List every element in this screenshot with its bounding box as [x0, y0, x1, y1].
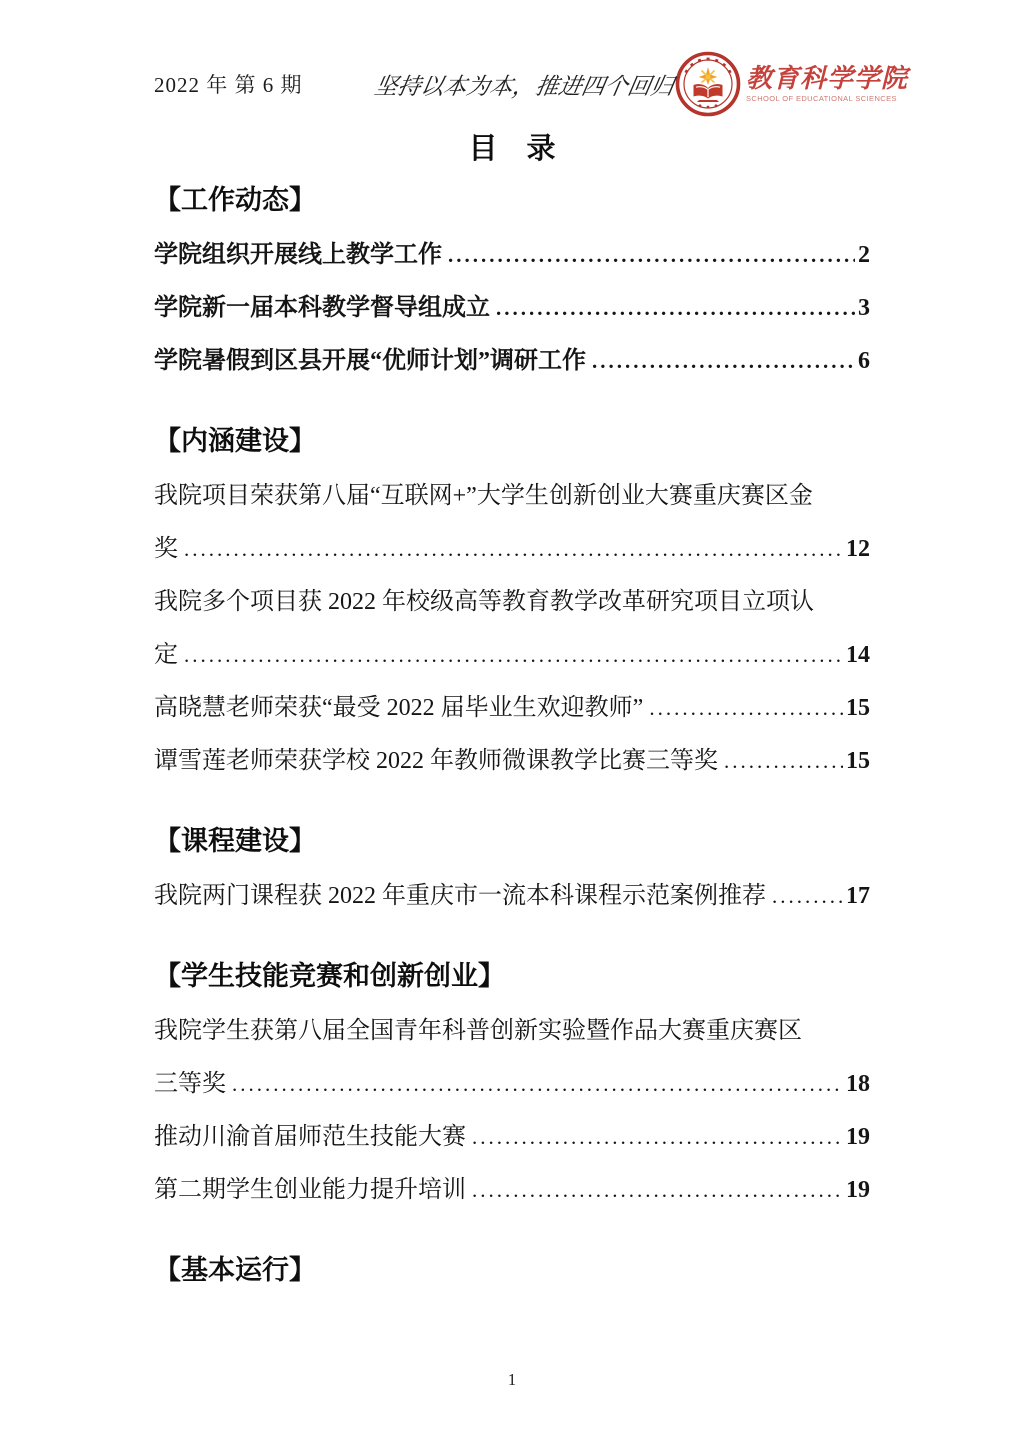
toc-entry-title: 我院项目荣获第八届“互联网+”大学生创新创业大赛重庆赛区金: [154, 470, 813, 523]
toc-entry-line: 定14: [154, 629, 870, 682]
toc-entry-title: 学院暑假到区县开展“优师计划”调研工作: [154, 335, 586, 388]
toc-entry-page: 19: [846, 1111, 870, 1164]
toc-section: 【基本运行】: [154, 1244, 870, 1297]
toc-entry-page: 15: [846, 682, 870, 735]
toc-entry: 我院学生获第八届全国青年科普创新实验暨作品大赛重庆赛区三等奖18: [154, 1005, 870, 1111]
toc-entry-line: 谭雪莲老师荣获学校 2022 年教师微课教学比赛三等奖15: [154, 735, 870, 788]
toc-entry-line: 学院暑假到区县开展“优师计划”调研工作6: [154, 335, 870, 388]
logo-text: 教育科学学院 SCHOOL OF EDUCATIONAL SCIENCES: [746, 66, 908, 103]
toc-entry-page: 3: [858, 282, 870, 335]
toc-entry-line: 高晓慧老师荣获“最受 2022 届毕业生欢迎教师”15: [154, 682, 870, 735]
logo-name-en: SCHOOL OF EDUCATIONAL SCIENCES: [746, 95, 908, 103]
toc-entry-title: 学院新一届本科教学督导组成立: [154, 282, 490, 335]
section-heading: 【工作动态】: [154, 174, 870, 227]
section-heading: 【学生技能竞赛和创新创业】: [154, 950, 870, 1003]
toc-entry-title: 学院组织开展线上教学工作: [154, 229, 442, 282]
toc-entry-title: 谭雪莲老师荣获学校 2022 年教师微课教学比赛三等奖: [154, 735, 718, 788]
toc-entry-line: 学院新一届本科教学督导组成立3: [154, 282, 870, 335]
toc-title: 目 录: [154, 126, 870, 172]
dot-leader: [472, 1111, 843, 1164]
dot-leader: [184, 523, 843, 576]
toc-entry-line: 我院项目荣获第八届“互联网+”大学生创新创业大赛重庆赛区金: [154, 470, 870, 523]
document-page: 2022 年 第 6 期 坚持以本为本，推进四个回归: [0, 0, 1024, 1448]
dot-leader: [649, 682, 843, 735]
dot-leader: [724, 735, 843, 788]
toc-entry-line: 学院组织开展线上教学工作2: [154, 229, 870, 282]
dot-leader: [472, 1164, 843, 1217]
toc-sections: 【工作动态】学院组织开展线上教学工作2学院新一届本科教学督导组成立3学院暑假到区…: [154, 174, 870, 1297]
toc-entry-line: 我院两门课程获 2022 年重庆市一流本科课程示范案例推荐17: [154, 870, 870, 923]
toc-entry-line: 三等奖18: [154, 1058, 870, 1111]
toc-entry-page: 15: [846, 735, 870, 788]
dot-leader: [232, 1058, 843, 1111]
toc-entry: 学院组织开展线上教学工作2: [154, 229, 870, 282]
toc-section: 【课程建设】我院两门课程获 2022 年重庆市一流本科课程示范案例推荐17: [154, 815, 870, 923]
motto-text: 坚持以本为本，推进四个回归: [372, 68, 677, 101]
toc-section: 【工作动态】学院组织开展线上教学工作2学院新一届本科教学督导组成立3学院暑假到区…: [154, 174, 870, 388]
toc-entry-page: 18: [846, 1058, 870, 1111]
toc-entry-page: 17: [846, 870, 870, 923]
section-heading: 【内涵建设】: [154, 415, 870, 468]
toc-entry: 学院暑假到区县开展“优师计划”调研工作6: [154, 335, 870, 388]
school-emblem-icon: [675, 51, 741, 117]
toc-entry-title: 三等奖: [154, 1058, 226, 1111]
toc-entry: 我院多个项目获 2022 年校级高等教育教学改革研究项目立项认定14: [154, 576, 870, 682]
logo-name-cn: 教育科学学院: [746, 66, 908, 92]
toc-entry-page: 6: [858, 335, 870, 388]
toc-entry-title: 我院学生获第八届全国青年科普创新实验暨作品大赛重庆赛区: [154, 1005, 802, 1058]
toc-entry-page: 14: [846, 629, 870, 682]
dot-leader: [772, 870, 843, 923]
toc-entry-line: 推动川渝首届师范生技能大赛19: [154, 1111, 870, 1164]
toc-section: 【内涵建设】我院项目荣获第八届“互联网+”大学生创新创业大赛重庆赛区金奖12我院…: [154, 415, 870, 788]
section-heading: 【课程建设】: [154, 815, 870, 868]
toc-entry: 我院项目荣获第八届“互联网+”大学生创新创业大赛重庆赛区金奖12: [154, 470, 870, 576]
section-heading: 【基本运行】: [154, 1244, 870, 1297]
toc-entry: 学院新一届本科教学督导组成立3: [154, 282, 870, 335]
toc-entry-title: 我院多个项目获 2022 年校级高等教育教学改革研究项目立项认: [154, 576, 814, 629]
toc-entry-title: 奖: [154, 523, 178, 576]
page-number: 1: [0, 1370, 1024, 1390]
toc-entry-line: 奖12: [154, 523, 870, 576]
toc-entry-page: 2: [858, 229, 870, 282]
toc-section: 【学生技能竞赛和创新创业】我院学生获第八届全国青年科普创新实验暨作品大赛重庆赛区…: [154, 950, 870, 1217]
toc-entry-line: 我院学生获第八届全国青年科普创新实验暨作品大赛重庆赛区: [154, 1005, 870, 1058]
toc-entry: 高晓慧老师荣获“最受 2022 届毕业生欢迎教师”15: [154, 682, 870, 735]
toc-entry-title: 高晓慧老师荣获“最受 2022 届毕业生欢迎教师”: [154, 682, 643, 735]
dot-leader: [496, 282, 855, 335]
dot-leader: [592, 335, 855, 388]
school-logo: 教育科学学院 SCHOOL OF EDUCATIONAL SCIENCES: [675, 51, 908, 117]
toc-entry-title: 推动川渝首届师范生技能大赛: [154, 1111, 466, 1164]
toc-entry-title: 第二期学生创业能力提升培训: [154, 1164, 466, 1217]
toc-entry-page: 12: [846, 523, 870, 576]
toc-entry-line: 第二期学生创业能力提升培训19: [154, 1164, 870, 1217]
dot-leader: [448, 229, 855, 282]
toc-entry-page: 19: [846, 1164, 870, 1217]
toc-entry: 推动川渝首届师范生技能大赛19: [154, 1111, 870, 1164]
dot-leader: [184, 629, 843, 682]
issue-label: 2022 年 第 6 期: [154, 69, 303, 99]
toc-entry-line: 我院多个项目获 2022 年校级高等教育教学改革研究项目立项认: [154, 576, 870, 629]
toc-entry: 第二期学生创业能力提升培训19: [154, 1164, 870, 1217]
toc-entry-title: 我院两门课程获 2022 年重庆市一流本科课程示范案例推荐: [154, 870, 766, 923]
page-header: 2022 年 第 6 期 坚持以本为本，推进四个回归: [154, 50, 870, 118]
toc-entry: 我院两门课程获 2022 年重庆市一流本科课程示范案例推荐17: [154, 870, 870, 923]
toc-entry-title: 定: [154, 629, 178, 682]
toc-entry: 谭雪莲老师荣获学校 2022 年教师微课教学比赛三等奖15: [154, 735, 870, 788]
